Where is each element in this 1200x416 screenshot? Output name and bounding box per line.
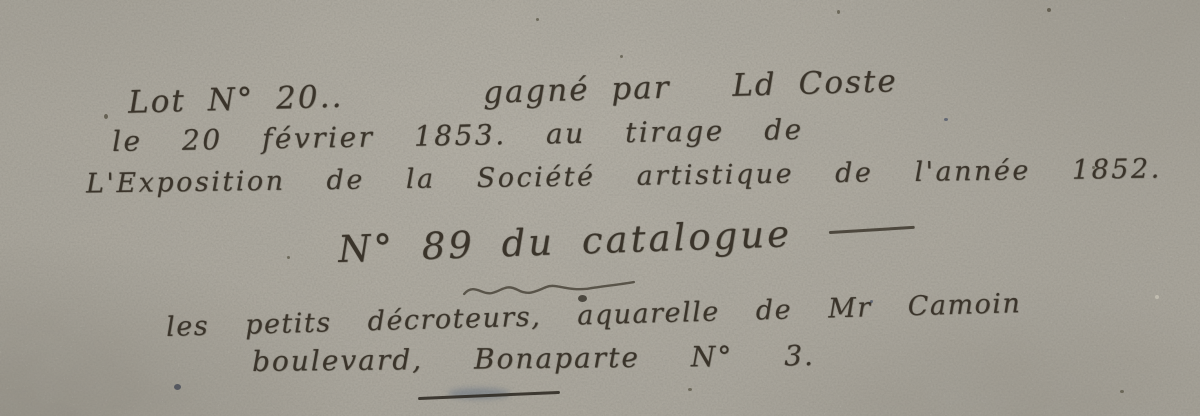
handwriting-line-catalogue-number: N° 89 du catalogue — [337, 208, 915, 271]
handwriting-line-draw-date: le 20 février 1853. au tirage de — [112, 113, 804, 158]
paper-speck — [870, 300, 873, 303]
handwriting-line-exposition: L'Exposition de la Société artistique de… — [86, 153, 1162, 199]
paper-speck — [536, 18, 539, 21]
paper-speck — [104, 114, 108, 119]
handwriting-line-artwork-title: les petits décroteurs, aquarelle de Mr C… — [166, 288, 1022, 343]
winner-name-text: Ld Coste — [732, 63, 898, 104]
lot-number-text: Lot N° 20.. — [128, 79, 344, 121]
paper-speck — [1047, 8, 1051, 12]
flourish-wavy-underline — [462, 276, 638, 300]
paper-speck — [287, 256, 290, 259]
handwriting-line-address: boulevard, Bonaparte N° 3. — [252, 339, 815, 378]
ink-blot — [578, 295, 587, 302]
paper-speck — [1120, 390, 1124, 393]
paper-sheet: Lot N° 20.. gagné par Ld Coste le 20 fév… — [0, 0, 1200, 416]
won-by-text: gagné par — [483, 70, 671, 111]
paper-speck — [174, 384, 181, 390]
flourish-dash — [829, 226, 915, 234]
paper-fleck-light — [1155, 295, 1159, 299]
paper-speck — [944, 118, 948, 121]
paper-speck — [837, 10, 840, 14]
paper-speck — [688, 388, 692, 391]
handwriting-line-lot-winner: Lot N° 20.. gagné par Ld Coste — [128, 63, 899, 120]
paper-speck — [620, 55, 623, 58]
catalogue-number-text: N° 89 du catalogue — [337, 212, 792, 271]
paper-speck — [1092, 166, 1095, 169]
